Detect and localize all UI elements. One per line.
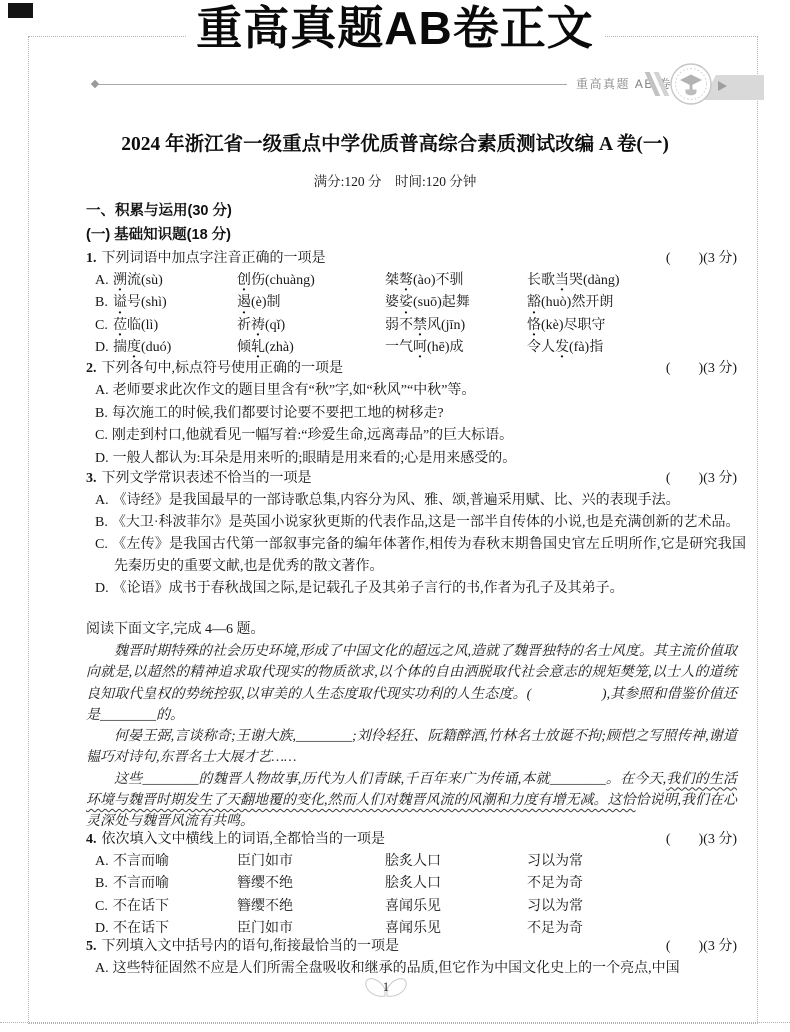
page-number: 1 <box>363 980 409 995</box>
option-word: 婆娑(suō)起舞 <box>385 292 527 314</box>
option-label: C. <box>95 537 108 552</box>
option-word: 臣门如市 <box>237 851 385 873</box>
option-row: B.每次施工的时候,我们都要讨论要不要把工地的树移走? <box>95 403 746 426</box>
answer-blank-marker: ( )(3 分) <box>666 468 737 490</box>
option-text: 《论语》成书于春秋战国之际,是记载孔子及其弟子言行的书,作者为孔子及其弟子。 <box>113 581 624 596</box>
passage-paragraph-1: 魏晋时期特殊的社会历史环境,形成了中国文化的超远之风,造就了魏晋独特的名士风度。… <box>86 641 737 726</box>
option-word: 一气呵(hē)成 <box>385 337 527 359</box>
option-word: 不言而喻 <box>113 873 237 895</box>
option-label: B. <box>95 406 108 421</box>
option-word: 脍炙人口 <box>385 851 527 873</box>
question-5-stem-row: 5.下列填入文中括号内的语句,衔接最恰当的一项是 ( )(3 分) <box>86 936 737 958</box>
stem-text: 下列文学常识表述不恰当的一项是 <box>102 471 312 486</box>
question-4-stem: 4.依次填入文中横线上的词语,全都恰当的一项是 <box>86 829 385 851</box>
graduation-seal-icon <box>668 61 714 107</box>
question-5-stem: 5.下列填入文中括号内的语句,衔接最恰当的一项是 <box>86 936 399 958</box>
option-word: 习以为常 <box>527 851 737 873</box>
option-word: 谥号(shì) <box>113 292 237 314</box>
question-2-stem: 2.下列各句中,标点符号使用正确的一项是 <box>86 358 343 380</box>
option-row: A. 溯流(sù) 创伤(chuàng) 桀骜(ào)不驯 长歌当哭(dàng) <box>95 270 737 292</box>
option-word: 桀骜(ào)不驯 <box>385 270 527 292</box>
option-word: 喜闻乐见 <box>385 896 527 918</box>
option-word: 揣度(duó) <box>113 337 237 359</box>
option-word: 恪(kè)尽职守 <box>527 315 737 337</box>
option-word: 遏(è)制 <box>237 292 385 314</box>
option-row: D. 揣度(duó) 倾轧(zhà) 一气呵(hē)成 令人发(fà)指 <box>95 337 737 359</box>
option-row: A.老师要求此次作文的题目里含有“秋”字,如“秋风”“中秋”等。 <box>95 380 746 403</box>
option-label: B. <box>95 515 108 530</box>
scanned-exam-page: 重高真题AB卷正文 重高真题 AB 卷 2024 年浙江省一级重点中学优质普高综… <box>0 0 790 1032</box>
question-3-stem-row: 3.下列文学常识表述不恰当的一项是 ( )(3 分) <box>86 468 737 490</box>
stem-text: 下列各句中,标点符号使用正确的一项是 <box>102 361 344 376</box>
option-text: 《左传》是我国古代第一部叙事完备的编年体著作,相传为春秋末期鲁国史官左丘明所作,… <box>112 537 746 574</box>
answer-blank-marker: ( )(3 分) <box>666 829 737 851</box>
stem-text: 依次填入文中横线上的词语,全都恰当的一项是 <box>102 832 386 847</box>
subsection-heading: (一) 基础知识题(18 分) <box>86 224 737 246</box>
exam-title: 2024 年浙江省一级重点中学优质普高综合素质测试改编 A 卷(一) <box>0 128 790 156</box>
question-4-stem-row: 4.依次填入文中横线上的词语,全都恰当的一项是 ( )(3 分) <box>86 829 737 851</box>
option-word: 溯流(sù) <box>113 270 237 292</box>
question-1-stem-row: 1.下列词语中加点字注音正确的一项是 ( )(3 分) <box>86 248 737 270</box>
option-label: C. <box>95 896 113 918</box>
option-label: B. <box>95 292 113 314</box>
option-label: C. <box>95 315 113 337</box>
question-1-stem: 1.下列词语中加点字注音正确的一项是 <box>86 248 326 270</box>
option-label: A. <box>95 851 113 873</box>
option-word: 豁(huò)然开朗 <box>527 292 737 314</box>
option-row: B. 谥号(shì) 遏(è)制 婆娑(suō)起舞 豁(huò)然开朗 <box>95 292 737 314</box>
question-number: 5. <box>86 939 97 954</box>
option-row: B.《大卫·科波菲尔》是英国小说家狄更斯的代表作品,这是一部半自传体的小说,也是… <box>95 512 746 534</box>
option-row: D.一般人都认为:耳朵是用来听的;眼睛是用来看的;心是用来感受的。 <box>95 448 746 471</box>
question-number: 2. <box>86 361 97 376</box>
stem-text: 下列填入文中括号内的语句,衔接最恰当的一项是 <box>102 939 400 954</box>
option-row: C.刚走到村口,他就看见一幅写着:“珍爱生命,远离毒品”的巨大标语。 <box>95 425 746 448</box>
option-text: 刚走到村口,他就看见一幅写着:“珍爱生命,远离毒品”的巨大标语。 <box>112 428 513 443</box>
option-label: A. <box>95 493 109 508</box>
option-word: 不足为奇 <box>527 873 737 895</box>
option-row: C. 不在话下 簪缨不绝 喜闻乐见 习以为常 <box>95 896 737 918</box>
option-row: C.《左传》是我国古代第一部叙事完备的编年体著作,相传为春秋末期鲁国史官左丘明所… <box>95 534 746 578</box>
stem-text: 下列词语中加点字注音正确的一项是 <box>102 251 326 266</box>
option-word: 令人发(fà)指 <box>527 337 737 359</box>
option-row: B. 不言而喻 簪缨不绝 脍炙人口 不足为奇 <box>95 873 737 895</box>
reading-intro: 阅读下面文字,完成 4—6 题。 <box>86 619 737 641</box>
option-label: D. <box>95 337 113 359</box>
question-2-options: A.老师要求此次作文的题目里含有“秋”字,如“秋风”“中秋”等。 B.每次施工的… <box>95 380 746 470</box>
option-word: 习以为常 <box>527 896 737 918</box>
option-row: A. 不言而喻 臣门如市 脍炙人口 习以为常 <box>95 851 737 873</box>
answer-blank-marker: ( )(3 分) <box>666 358 737 380</box>
question-number: 3. <box>86 471 97 486</box>
option-word: 不在话下 <box>113 896 237 918</box>
question-1-options: A. 溯流(sù) 创伤(chuàng) 桀骜(ào)不驯 长歌当哭(dàng)… <box>86 270 737 359</box>
option-row: D.《论语》成书于春秋战国之际,是记载孔子及其弟子言行的书,作者为孔子及其弟子。 <box>95 578 746 600</box>
question-2-stem-row: 2.下列各句中,标点符号使用正确的一项是 ( )(3 分) <box>86 358 737 380</box>
option-word: 创伤(chuàng) <box>237 270 385 292</box>
exam-meta: 满分:120 分 时间:120 分钟 <box>0 170 790 190</box>
exam-body: 一、积累与运用(30 分) (一) 基础知识题(18 分) 1.下列词语中加点字… <box>86 200 737 990</box>
option-row: A.这些特征固然不应是人们所需全盘吸收和继承的品质,但它作为中国文化史上的一个亮… <box>95 958 746 981</box>
option-word: 倾轧(zhà) <box>237 337 385 359</box>
page-number-ornament: 1 <box>363 975 409 1003</box>
answer-blank-marker: ( )(3 分) <box>666 936 737 958</box>
right-arrow-icon <box>718 81 727 91</box>
book-title: 重高真题AB卷正文 <box>0 0 790 56</box>
option-label: C. <box>95 428 108 443</box>
option-row: C. 莅临(lì) 祈祷(qǐ) 弱不禁风(jīn) 恪(kè)尽职守 <box>95 315 737 337</box>
option-row: A.《诗经》是我国最早的一部诗歌总集,内容分为风、雅、颂,普遍采用赋、比、兴的表… <box>95 490 746 512</box>
option-text: 每次施工的时候,我们都要讨论要不要把工地的树移走? <box>112 406 444 421</box>
option-label: A. <box>95 383 109 398</box>
option-word: 脍炙人口 <box>385 873 527 895</box>
option-word: 长歌当哭(dàng) <box>527 270 737 292</box>
passage-paragraph-3: 这些________的魏晋人物故事,历代为人们青睐,千百年来广为传诵,本就___… <box>86 769 737 833</box>
question-5-options: A.这些特征固然不应是人们所需全盘吸收和继承的品质,但它作为中国文化史上的一个亮… <box>95 958 746 981</box>
question-3-options: A.《诗经》是我国最早的一部诗歌总集,内容分为风、雅、颂,普遍采用赋、比、兴的表… <box>95 490 746 600</box>
book-title-text: 重高真题AB卷正文 <box>186 0 603 56</box>
option-label: A. <box>95 961 109 976</box>
option-word: 簪缨不绝 <box>237 873 385 895</box>
option-word: 不言而喻 <box>113 851 237 873</box>
header-rule-line <box>97 84 567 85</box>
option-text: 老师要求此次作文的题目里含有“秋”字,如“秋风”“中秋”等。 <box>113 383 476 398</box>
option-word: 簪缨不绝 <box>237 896 385 918</box>
option-label: D. <box>95 451 109 466</box>
option-text: 这些特征固然不应是人们所需全盘吸收和继承的品质,但它作为中国文化史上的一个亮点,… <box>113 961 680 976</box>
option-label: A. <box>95 270 113 292</box>
question-number: 1. <box>86 251 97 266</box>
answer-blank-marker: ( )(3 分) <box>666 248 737 270</box>
passage-paragraph-2: 何晏王弼,言谈称奇;王谢大族,________;刘伶轻狂、阮籍醉酒,竹林名士放诞… <box>86 726 737 769</box>
option-label: D. <box>95 581 109 596</box>
option-text: 《诗经》是我国最早的一部诗歌总集,内容分为风、雅、颂,普遍采用赋、比、兴的表现手… <box>113 493 680 508</box>
option-word: 莅临(lì) <box>113 315 237 337</box>
question-number: 4. <box>86 832 97 847</box>
question-3-stem: 3.下列文学常识表述不恰当的一项是 <box>86 468 312 490</box>
option-label: B. <box>95 873 113 895</box>
section-heading: 一、积累与运用(30 分) <box>86 200 737 222</box>
option-word: 祈祷(qǐ) <box>237 315 385 337</box>
option-text: 《大卫·科波菲尔》是英国小说家狄更斯的代表作品,这是一部半自传体的小说,也是充满… <box>112 515 740 530</box>
option-text: 一般人都认为:耳朵是用来听的;眼睛是用来看的;心是用来感受的。 <box>113 451 517 466</box>
question-4-options: A. 不言而喻 臣门如市 脍炙人口 习以为常 B. 不言而喻 簪缨不绝 脍炙人口… <box>86 851 737 940</box>
